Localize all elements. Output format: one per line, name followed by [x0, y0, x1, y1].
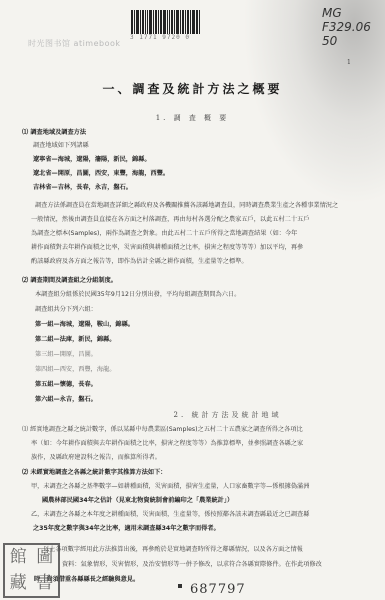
survey-area-intro: 調查地域如下列諸縣	[33, 141, 89, 150]
stamp-char: 館	[5, 545, 32, 571]
province-line: 吉林省—吉林，長春，永吉，盤石。	[33, 183, 132, 192]
estimate-line: 乙，未調查之各縣之本年度之耕種面積，災害面積，生產量等，係按照鄰各該未調查縣最近…	[31, 510, 309, 519]
barcode-number: 3 1771 9720 0	[130, 34, 190, 41]
section-1-item-2-heading: ⑵ 調查期間及調查組之分組制度。	[22, 276, 117, 285]
province-line: 遼北省—開原，昌圖，西安，東豐，海龍，西豐。	[33, 169, 169, 178]
group-line: 第四組—西安，西豐，海龍。	[35, 365, 115, 374]
section-1-item-1-heading: ⑴ 調查地域及調查方法	[22, 128, 86, 137]
scanned-page: 3 1771 9720 0 时光图书馆 atimebook MG F329.06…	[0, 0, 385, 600]
stamp-char: 書	[32, 571, 59, 597]
page-title: 一、調查及統計方法之概要	[0, 80, 385, 97]
stat-method-line: 族作，及縣政府建設科之報告，而推算所得者。	[31, 453, 161, 462]
province-line: 遼寧省—海城，遼陽，瀋陽，新民，錦縣。	[33, 155, 151, 164]
method-line: 為調查之標本(Samples)，兩作為調查之對象。由此五村二十五戶所得之當地調查…	[31, 229, 297, 238]
estimate-line: 國農林部民國34年之估計（見東北物資統制會前編印之「農業統計」）	[42, 496, 233, 505]
group-line: 第二組—法庫，新民，錦縣。	[35, 335, 115, 344]
section-1-title: 1. 調 査 概 要	[0, 113, 385, 123]
schedule-line: 調查組共分下列六組：	[35, 305, 97, 314]
stat-method-line: 率（如：今年耕作面積與去年耕作面積之比率，損害之程度等等）為推算標準，並參照調查…	[31, 439, 303, 448]
group-line: 第三組—開原，昌圖。	[35, 350, 97, 359]
section-2-title: 2. 統計方法及統計地域	[35, 410, 385, 420]
bullet-mark	[178, 584, 182, 588]
call-number: MG F329.06 50	[322, 6, 371, 48]
library-stamp: 館 圖 藏 書	[3, 543, 60, 598]
group-line: 第六組—永吉，盤石。	[35, 395, 97, 404]
closing-line: 資料：氣象情形，災害情形，及治安情形等一併予修改，以求符合各縣實際條件。在作此項…	[62, 560, 322, 569]
stat-method-line: ⑴ 經實地調查之縣之統計數字，係以某縣中每農業區(Samples)之五村二十五農…	[22, 425, 303, 434]
call-number-line: MG	[322, 6, 371, 20]
page-number: 1	[347, 59, 351, 66]
method-line: 酌該縣政府及各方面之報告等，即作為估計全縣之耕作面積，生產量等之標準。	[31, 257, 248, 266]
estimate-line: 甲，未調查之各縣之基準數字—如耕種面積，災害面積，損害生產量，人口家畜數字等—係…	[31, 482, 309, 491]
stamp-char: 藏	[5, 571, 32, 597]
group-line: 第一組—海城，遼陽，鞍山，錦縣。	[35, 320, 134, 329]
section-2-item-2-heading: ⑵ 未經實地調查之各縣之統計數字其推算方法如下：	[22, 468, 166, 477]
method-line: 調查方法係調查員在當地調查詳細之縣政府及各機關推薦各該縣地調查員，同時調查農業生…	[35, 201, 338, 210]
schedule-line: 本調查組分組係於民國35年9月12日分別出發，平均每組調查期間為六日。	[35, 290, 240, 299]
method-line: 一般情況，然後由調查員直接在各方面之村落調查，再由每村各選分配之農家五戶，以此五…	[31, 215, 309, 224]
call-number-line: F329.06	[322, 20, 371, 34]
estimate-line: 之35年度之數字與34年之比率，適用未調查縣34年之數字而得者。	[33, 524, 220, 533]
barcode	[131, 10, 211, 34]
call-number-line: 50	[322, 34, 371, 48]
library-watermark: 时光图书馆 atimebook	[28, 38, 121, 49]
serial-number: 687797	[190, 582, 246, 597]
closing-line: 以上各項數字經用此方法推算出後，再參酌於是實地調查時所得之鄰縣情況，以及各方面之…	[43, 545, 303, 554]
group-line: 第五組—懷德，長春。	[35, 380, 97, 389]
stamp-char: 圖	[32, 545, 59, 571]
method-line: 耕作面積對去年耕作面積之比率，災害面積與耕種面積之比率，損害之程度等等等）加以平…	[31, 243, 303, 252]
